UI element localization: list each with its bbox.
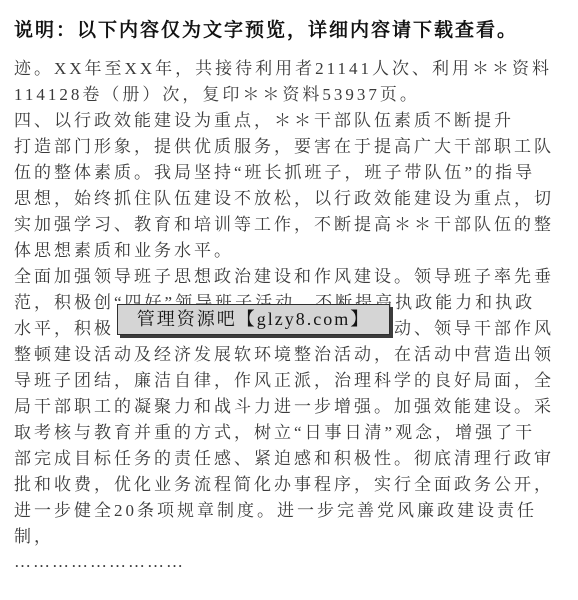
text-line: 全面加强领导班子思想政治建设和作风建设。领导班子率先垂 <box>14 264 568 290</box>
text-line: 思想，始终抓住队伍建设不放松，以行政效能建设为重点，切 <box>14 186 568 212</box>
page: { "header": { "notice": "说明：以下内容仅为文字预览，详… <box>0 0 578 600</box>
text-line: 114128卷（册）次，复印＊＊资料53937页。 <box>14 82 568 108</box>
text-line: 导班子团结，廉洁自律，作风正派，治理科学的良好局面，全 <box>14 368 568 394</box>
document-preview: 说明：以下内容仅为文字预览，详细内容请下载查看。 迹。XX年至XX年，共接待利用… <box>0 0 578 600</box>
preview-notice: 说明：以下内容仅为文字预览，详细内容请下载查看。 <box>14 19 568 43</box>
text-line: 实加强学习、教育和培训等工作，不断提高＊＊干部队伍的整 <box>14 212 568 238</box>
text-line: 局干部职工的凝聚力和战斗力进一步增强。加强效能建设。采 <box>14 394 568 420</box>
ellipsis-line: ……………………… <box>14 550 568 574</box>
watermark-link[interactable]: 管理资源吧【glzy8.com】 <box>117 304 390 335</box>
text-line: 取考核与教育并重的方式，树立“日事日清”观念，增强了干 <box>14 420 568 446</box>
text-line: 部完成目标任务的责任感、紧迫感和积极性。彻底清理行政审 <box>14 446 568 472</box>
text-line: 整顿建设活动及经济发展软环境整治活动，在活动中营造出领 <box>14 342 568 368</box>
split-line-before: 水平，积极 <box>14 316 114 342</box>
text-line: 伍的整体素质。我局坚持“班长抓班子，班子带队伍”的指导 <box>14 160 568 186</box>
text-line: 制， <box>14 524 568 550</box>
text-line: 批和收费，优化业务流程简化办事程序，实行全面政务公开， <box>14 472 568 498</box>
text-line: 四、以行政效能建设为重点，＊＊干部队伍素质不断提升 <box>14 108 568 134</box>
text-line: 迹。XX年至XX年，共接待利用者21141人次、利用＊＊资料 <box>14 56 568 82</box>
text-line: 体思想素质和业务水平。 <box>14 238 568 264</box>
split-line-after: 动、领导干部作风 <box>394 316 554 342</box>
text-line: 打造部门形象，提供优质服务，要害在于提高广大干部职工队 <box>14 134 568 160</box>
text-line: 进一步健全20条项规章制度。进一步完善党风廉政建设责任 <box>14 498 568 524</box>
